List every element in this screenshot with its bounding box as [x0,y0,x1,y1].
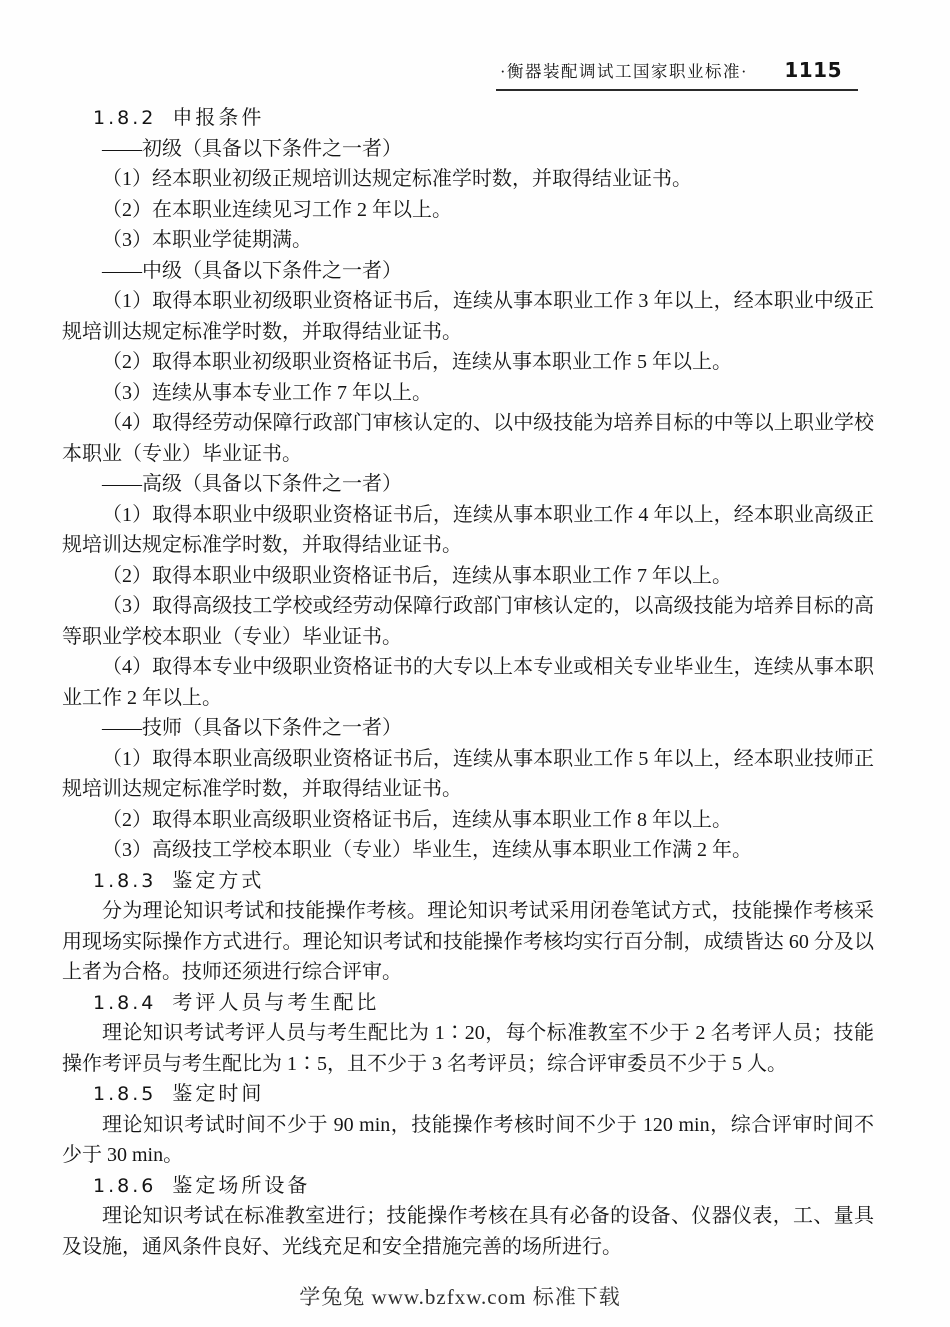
paragraph: （2）在本职业连续见习工作 2 年以上。 [62,195,874,226]
section-title: 鉴定时间 [172,1083,264,1105]
section-number: 1.8.3 [93,870,156,892]
section-heading: 1.8.3鉴定方式 [62,866,874,897]
section-heading: 1.8.5鉴定时间 [62,1079,874,1110]
paragraph: （4）取得经劳动保障行政部门审核认定的、以中级技能为培养目标的中等以上职业学校本… [62,408,874,469]
section-heading: 1.8.2申报条件 [62,103,874,134]
section-number: 1.8.6 [93,1175,156,1197]
paragraph: （1）取得本职业初级职业资格证书后，连续从事本职业工作 3 年以上，经本职业中级… [62,286,874,347]
paragraph: （2）取得本职业高级职业资格证书后，连续从事本职业工作 8 年以上。 [62,805,874,836]
running-head: ·衡器装配调试工国家职业标准· [500,58,748,82]
paragraph: 理论知识考试时间不少于 90 min，技能操作考核时间不少于 120 min，综… [62,1110,874,1171]
paragraph: 理论知识考试在标准教室进行；技能操作考核在具有必备的设备、仪器仪表，工、量具及设… [62,1201,874,1262]
section-heading: 1.8.4考评人员与考生配比 [62,988,874,1019]
paragraph: （4）取得本专业中级职业资格证书的大专以上本专业或相关专业毕业生，连续从事本职业… [62,652,874,713]
section-heading: 1.8.6鉴定场所设备 [62,1171,874,1202]
paragraph: （3）本职业学徒期满。 [62,225,874,256]
paragraph: （2）取得本职业初级职业资格证书后，连续从事本职业工作 5 年以上。 [62,347,874,378]
section-title: 鉴定场所设备 [172,1175,310,1197]
paragraph: 分为理论知识考试和技能操作考核。理论知识考试采用闭卷笔试方式，技能操作考核采用现… [62,896,874,988]
document-page: ·衡器装配调试工国家职业标准· 1115 1.8.2申报条件——初级（具备以下条… [0,0,950,1327]
paragraph: （2）取得本职业中级职业资格证书后，连续从事本职业工作 7 年以上。 [62,561,874,592]
paragraph: ——初级（具备以下条件之一者） [62,134,874,165]
page-number: 1115 [784,58,842,82]
section-number: 1.8.4 [93,992,156,1014]
paragraph: （1）取得本职业中级职业资格证书后，连续从事本职业工作 4 年以上，经本职业高级… [62,500,874,561]
paragraph: ——高级（具备以下条件之一者） [62,469,874,500]
paragraph: （3）高级技工学校本职业（专业）毕业生，连续从事本职业工作满 2 年。 [62,835,874,866]
paragraph: （1）取得本职业高级职业资格证书后，连续从事本职业工作 5 年以上，经本职业技师… [62,744,874,805]
page-header: ·衡器装配调试工国家职业标准· 1115 [496,58,858,91]
section-title: 考评人员与考生配比 [172,992,379,1014]
watermark-text: 学兔兔 www.bzfxw.com 标准下载 [299,1285,620,1309]
section-title: 鉴定方式 [172,870,264,892]
paragraph: （3）连续从事本专业工作 7 年以上。 [62,378,874,409]
paragraph: （1）经本职业初级正规培训达规定标准学时数，并取得结业证书。 [62,164,874,195]
paragraph: （3）取得高级技工学校或经劳动保障行政部门审核认定的，以高级技能为培养目标的高等… [62,591,874,652]
paragraph: ——技师（具备以下条件之一者） [62,713,874,744]
paragraph: 理论知识考试考评人员与考生配比为 1∶20，每个标准教室不少于 2 名考评人员；… [62,1018,874,1079]
section-number: 1.8.2 [93,107,156,129]
section-title: 申报条件 [172,107,264,129]
paragraph: ——中级（具备以下条件之一者） [62,256,874,287]
document-body: 1.8.2申报条件——初级（具备以下条件之一者）（1）经本职业初级正规培训达规定… [62,103,874,1262]
section-number: 1.8.5 [93,1083,156,1105]
page-footer: 学兔兔 www.bzfxw.com 标准下载 [0,1281,920,1311]
